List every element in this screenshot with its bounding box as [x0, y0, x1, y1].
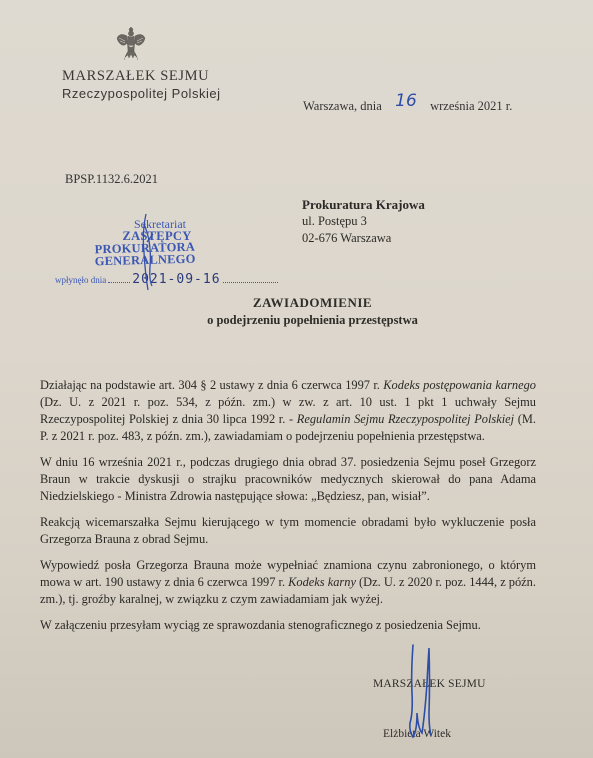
date-prefix: Warszawa, dnia [303, 99, 382, 113]
recipient-street: ul. Postępu 3 [302, 213, 425, 230]
paragraph-incident: W dniu 16 września 2021 r., podczas drug… [40, 454, 536, 505]
received-date-line: wpłynęło dnia2021-09-16 [55, 272, 278, 287]
handwritten-day: 16 [385, 91, 427, 111]
letterhead-office: MARSZAŁEK SEJMU [62, 68, 209, 85]
paragraph-attachment: W załączeniu przesyłam wyciąg ze sprawoz… [40, 617, 536, 634]
paragraph-qualification: Wypowiedź posła Grzegorza Brauna może wy… [40, 557, 536, 608]
stamp-initials-scribble-icon [138, 212, 158, 297]
letterhead-country: Rzeczypospolitej Polskiej [62, 86, 220, 101]
reference-number: BPSP.1132.6.2021 [65, 172, 158, 187]
date-line: Warszawa, dnia 16 września 2021 r. [303, 95, 512, 115]
letter-body: Działając na podstawie art. 304 § 2 usta… [40, 377, 536, 643]
recipient-name: Prokuratura Krajowa [302, 196, 425, 213]
received-label: wpłynęło dnia [55, 275, 106, 285]
polish-eagle-emblem-icon [116, 27, 146, 63]
recipient-address: Prokuratura Krajowa ul. Postępu 3 02-676… [302, 196, 425, 247]
signature-scribble-icon [405, 643, 437, 748]
paragraph-legal-basis: Działając na podstawie art. 304 § 2 usta… [40, 377, 536, 445]
recipient-city: 02-676 Warszawa [302, 230, 425, 247]
date-suffix: września 2021 r. [430, 99, 512, 113]
document-subtitle: o podejrzeniu popełnienia przestępstwa [0, 313, 593, 328]
paragraph-reaction: Reakcją wicemarszałka Sejmu kierującego … [40, 514, 536, 548]
document-title: ZAWIADOMIENIE [0, 295, 593, 311]
